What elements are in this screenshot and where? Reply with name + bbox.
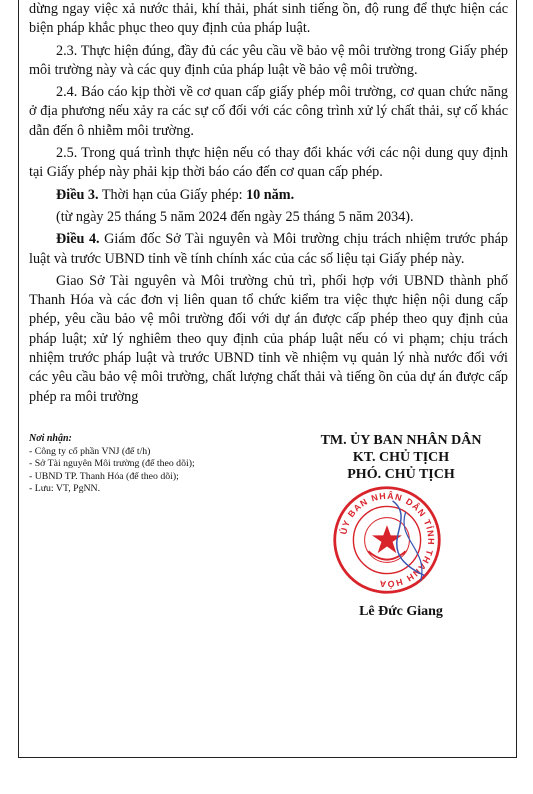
paragraph-dieu-3: Điều 3. Thời hạn của Giấy phép: 10 năm. <box>29 186 508 205</box>
signature-block: TM. ỦY BAN NHÂN DÂN KT. CHỦ TỊCH PHÓ. CH… <box>301 432 501 483</box>
recipient-item: - Lưu: VT, PgNN. <box>29 483 195 496</box>
signer-name: Lê Đức Giang <box>301 604 501 620</box>
recipient-item: - UBND TP. Thanh Hóa (để theo dõi); <box>29 471 195 484</box>
paragraph-assign: Giao Sở Tài nguyên và Môi trường chủ trì… <box>29 272 508 407</box>
document-page: dừng ngay việc xả nước thải, khí thải, p… <box>18 0 517 758</box>
recipient-item: - Sở Tài nguyên Môi trường (để theo dõi)… <box>29 458 195 471</box>
document-body: dừng ngay việc xả nước thải, khí thải, p… <box>29 0 508 410</box>
signature-line: TM. ỦY BAN NHÂN DÂN <box>301 432 501 449</box>
signature-line: KT. CHỦ TỊCH <box>301 449 501 466</box>
paragraph-2-3: 2.3. Thực hiện đúng, đầy đủ các yêu cầu … <box>29 42 508 81</box>
paragraph-2-4: 2.4. Báo cáo kịp thời về cơ quan cấp giấ… <box>29 83 508 141</box>
official-stamp-icon: ỦY BAN NHÂN DÂN TỈNH THANH HÓA <box>331 484 443 596</box>
paragraph-top: dừng ngay việc xả nước thải, khí thải, p… <box>29 0 508 39</box>
paragraph-term: (từ ngày 25 tháng 5 năm 2024 đến ngày 25… <box>29 208 508 227</box>
signature-line: PHÓ. CHỦ TỊCH <box>301 466 501 483</box>
paragraph-2-5: 2.5. Trong quá trình thực hiện nếu có th… <box>29 144 508 183</box>
recipients-title: Nơi nhận: <box>29 433 195 446</box>
recipients-block: Nơi nhận: - Công ty cổ phần VNJ (để t/h)… <box>29 433 195 496</box>
paragraph-dieu-4: Điều 4. Giám đốc Sở Tài nguyên và Môi tr… <box>29 230 508 269</box>
recipient-item: - Công ty cổ phần VNJ (để t/h) <box>29 446 195 459</box>
